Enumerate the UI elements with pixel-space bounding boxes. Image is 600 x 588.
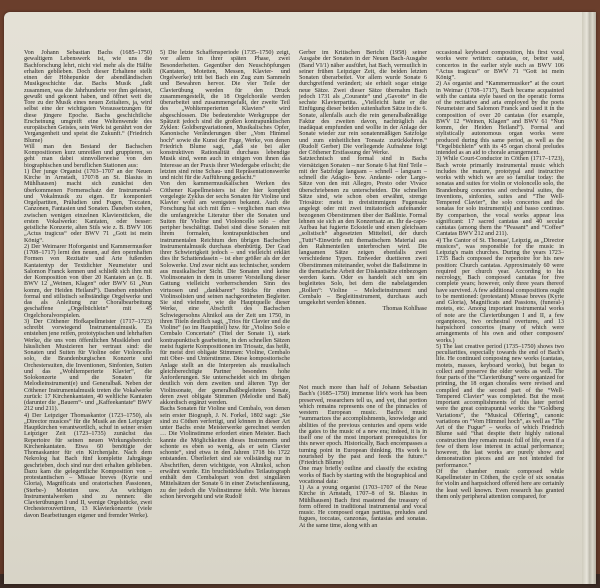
- paragraph-period-4: 4) Der Leipziger Thomaskantor (1723–1750…: [24, 413, 152, 519]
- english-column-2: occasional keyboard composition, his fir…: [436, 50, 564, 500]
- paragraph-chamber-music-en: Of the chamber music composed while Kape…: [436, 469, 564, 500]
- paragraph-overview: Will man den Bestand der Bachschen Kompo…: [24, 144, 152, 169]
- paragraph-period-5: 5) Die letzte Schaffensperiode (1735–175…: [160, 50, 290, 181]
- german-column-2: 5) Die letzte Schaffensperiode (1735–175…: [160, 50, 290, 500]
- paragraph-period-3: 3) Der Cöthener Hofkapellmeister (1717–1…: [24, 319, 152, 413]
- german-column-3: Gerber im Kritischen Bericht (1958) sein…: [299, 50, 427, 313]
- paragraph-movement-structure: Satztechnisch und formal sind in Bachs v…: [299, 156, 427, 306]
- author-signature: Thomas Kohlhase: [299, 306, 427, 312]
- paragraph-period-5-en: 5) The last creative period (1735–1750) …: [436, 344, 564, 469]
- german-column-1: Von Johann Sebastian Bachs (1685–1750) g…: [24, 50, 152, 519]
- paragraph-period-4-en: 4) The Cantor of St. Thomas', Leipzig, a…: [436, 238, 564, 344]
- english-column-1: Not much more than half of Johann Sebast…: [299, 385, 427, 529]
- album-spine: [582, 12, 596, 584]
- paragraph-chamber-music: Von den kammermusikalischen Werken des C…: [160, 181, 290, 406]
- paragraph-period-1-en: 1) As a young organist (1703–1707 of the…: [299, 485, 427, 529]
- paragraph-intro-quote-en: Not much more than half of Johann Sebast…: [299, 385, 427, 466]
- paragraph-overview-en: One may briefly outline and classify the…: [299, 466, 427, 485]
- paragraph-period-2-en: 2) As organist and “Kammermusiker” at th…: [436, 81, 564, 156]
- paragraph-period-1: 1) Der junge Organist (1703–1707 an der …: [24, 169, 152, 244]
- paragraph-gerber: Gerber im Kritischen Bericht (1958) sein…: [299, 50, 427, 156]
- paragraph-intro-quote: Von Johann Sebastian Bachs (1685–1750) g…: [24, 50, 152, 144]
- paragraph-period-2: 2) Der Weimarer Hoforganist und Kammermu…: [24, 244, 152, 319]
- paragraph-period-3-en: 3) While Court-Conductor in Cöthen (1717…: [436, 156, 564, 237]
- paragraph-early-works-en: occasional keyboard composition, his fir…: [436, 50, 564, 81]
- paragraph-forkel: Bachs Sonaten für Violine und Cembalo, v…: [160, 406, 290, 500]
